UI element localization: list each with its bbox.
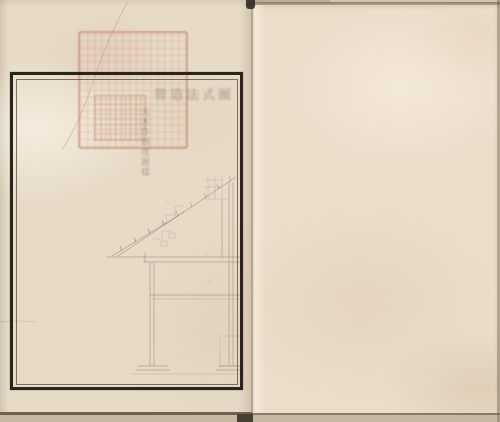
gutter-top-notch bbox=[246, 0, 255, 9]
printed-frame-inner-rule bbox=[16, 79, 238, 385]
corner-shadow bbox=[237, 414, 253, 422]
book-scan: 營造法式圖 大木作制度圖樣 bbox=[0, 0, 500, 422]
right-page-top-edge bbox=[253, 2, 500, 5]
right-page bbox=[253, 3, 500, 414]
page-gutter bbox=[251, 0, 255, 415]
